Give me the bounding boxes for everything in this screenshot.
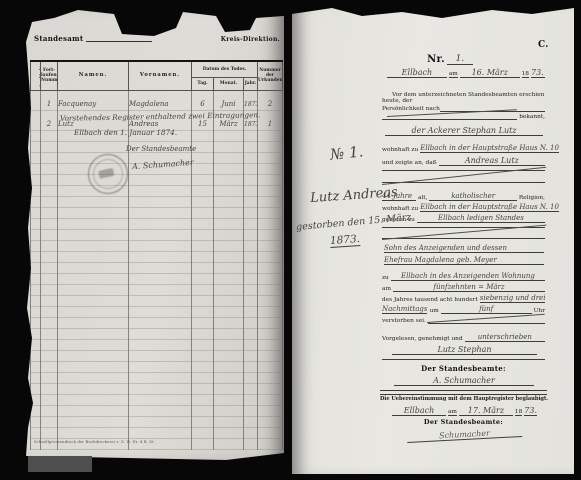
index-table-body: 1 Facquenay Magdalena 6 Juni 1873 2 2 Lu… [31,90,283,449]
table-row-empty [31,295,283,306]
table-row-empty [31,262,283,273]
declarant-residence-line: wohnhaft zu Ellbach in der Hauptstraße H… [382,144,545,153]
standesbeamte-label: Der Standesbeamte: [382,364,545,373]
certify-date-line: Ellbach am 17. März 18 73. [392,406,537,416]
deceased-residence: Ellbach in der Hauptstraße Haus N. 10 [420,203,559,212]
certificate-page: C. Nr. 1. Ellbach am 16. März 18 73. Vor… [292,6,574,474]
col-header-datum-group: Datum des Todes. [192,61,258,77]
entry-monat: März [219,120,237,128]
record-number-line: Nr. 1. [410,54,490,65]
bekannt-label: bekannt, [519,114,545,120]
printer-imprint: Schnellpressendruck der Buchdruckerei v.… [34,440,155,444]
entry-nr: 2 [47,120,51,128]
nr-value: 1. [447,54,473,65]
am-label: am [382,286,391,292]
table-row-empty [31,339,283,350]
closing-statement-line2: Ellbach den 1. Januar 1874. [74,128,177,137]
table-row-empty [31,240,283,251]
deceased-name: Andreas Lutz [439,156,545,166]
table-row-empty [31,372,283,383]
register-scan: Standesamt Kreis-Direktion. Geschlecht. … [0,0,581,480]
relation-line2: Ehefrau Magdalena geb. Meyer [384,256,544,265]
table-row-empty [31,416,283,427]
death-year-line: des Jahres tausend acht hundert siebenzi… [382,294,545,303]
double-rule [380,390,547,395]
col-header-monat: Monat. [214,77,244,90]
death-place-line: zu Ellbach in des Anzeigenden Wohnung [382,272,545,281]
wohnhaft-label: wohnhaft zu [382,206,418,212]
table-row-empty [31,383,283,394]
death-place: Ellbach in des Anzeigenden Wohnung [391,272,545,281]
col-header-jahr: Jahr. [244,77,258,90]
alt-label: alt, [418,195,427,201]
table-row-empty [31,350,283,361]
table-row-empty [31,185,283,196]
deceased-birthplace: Ellbach ledigen Standes [417,214,545,223]
verstorben-label: verstorben sei. [382,318,426,324]
table-row: 1 Facquenay Magdalena 6 Juni 1873 2 [31,90,283,110]
um-label: um [429,308,438,314]
death-hour: fünf [441,305,532,314]
table-row-empty [31,328,283,339]
index-page: Standesamt Kreis-Direktion. Geschlecht. … [26,8,284,460]
zeigte-label: und zeigte an, daß [382,160,437,166]
margin-record-no: № 1. [329,142,364,163]
entry-nr: 1 [47,100,51,108]
col-header-laufende-nummer: Fort- laufende Nummer. [41,61,58,90]
closing-standesbeamte: Der Standesbeamte [126,145,196,153]
zeigte-an-line: und zeigte an, daß Andreas Lutz [382,156,545,166]
death-day-line: am fünfzehnten = März [382,283,545,292]
table-row-empty [31,427,283,438]
approved-word: unterschrieben [465,333,545,342]
printed-18: 18 [522,71,529,78]
table-row-empty [31,196,283,207]
cert-place: Ellbach [392,406,446,416]
table-row-empty [31,174,283,185]
place-date-line: Ellbach am 16. März 18 73. [387,68,545,78]
blank-line [382,358,545,360]
declarant-residence: Ellbach in der Hauptstraße Haus N. 10 [420,144,559,153]
relation-text1: Sohn des Anzeigenden und dessen [384,244,544,253]
scan-artifact-tab [28,456,92,472]
certify-label: Die Uebereinstimmung mit dem Hauptregist… [380,396,547,402]
standesbeamte-label2: Der Standesbeamte: [382,418,545,426]
index-page-header: Standesamt Kreis-Direktion. [34,34,280,43]
vorgelesen-line: Vorgelesen, genehmigt und unterschrieben [382,333,545,342]
zu-label: zu [382,275,389,281]
official-signature-line2: Schumacher [407,430,522,440]
table-row-empty [31,229,283,240]
margin-death-note: gestorben den 15. März [296,212,412,233]
vorgelesen-label: Vorgelesen, genehmigt und [382,336,463,342]
declarant-signature-line: Lutz Stephan [392,345,537,355]
nr-label: Nr. [427,54,445,65]
margin-death-year: 1873. [330,233,361,248]
religion-label: Religion, [519,195,545,201]
table-row-empty [31,218,283,229]
table-row-empty [31,317,283,328]
entry-monat: Juni [221,100,235,108]
death-year: siebenzig und drei [480,294,546,303]
declarant-name: der Ackerer Stephan Lutz [385,126,543,136]
table-row-empty [31,306,283,317]
death-day: fünfzehnten = März [393,283,545,292]
kreis-label: Kreis-Direktion. [221,36,280,43]
table-row-empty [31,361,283,372]
index-table-head: Geschlecht. Fort- laufende Nummer. Namen… [31,61,283,90]
entry-jahr: 1873 [244,121,258,128]
entry-name: Facquenay [58,100,96,108]
official-signature: A. Schumacher [394,376,534,386]
death-hour-line: Nachmittags um fünf Uhr [382,305,545,314]
entry-tag: 15 [198,120,207,128]
relation-text2: Ehefrau Magdalena geb. Meyer [384,256,544,265]
table-row-empty [31,284,283,295]
standesamt-blank-line [86,41,152,42]
relation-line1: Sohn des Anzeigenden und dessen [384,244,544,253]
table-row-empty [31,394,283,405]
intro-line1: Vor dem unterzeichneten Standesbeamten e… [382,92,545,104]
head-date: 16. März [460,68,520,78]
entry-jahr: 1873 [244,101,258,108]
head-place: Ellbach [387,68,447,78]
am-label: am [449,71,458,78]
declarant-line: der Ackerer Stephan Lutz [385,126,543,136]
table-row-empty [31,405,283,416]
cert-date: 17. März [459,406,513,416]
cert-year: 73. [524,406,537,416]
col-header-namen: Namen. [58,61,129,90]
bekannt-line: bekannt, [382,112,545,120]
col-header-tag: Tag. [192,77,214,90]
deceased-religion: katholischer [429,192,516,201]
mittags-value: Nachmittags [382,305,427,314]
entry-urkunde: 2 [268,100,272,108]
entry-tag: 6 [200,100,204,108]
deceased-residence-line: wohnhaft zu Ellbach in der Hauptstraße H… [382,203,545,212]
table-row-empty [31,273,283,284]
form-letter: C. [538,40,549,50]
official-signature2: Schumacher [407,427,522,443]
jahr-printed-label: des Jahres tausend acht hundert [382,297,478,303]
entry-urkunde: 1 [268,120,272,128]
official-signature-line: A. Schumacher [394,376,534,386]
col-header-urkunden-nummer: Nummer der Urkunden. [258,61,283,90]
col-header-vornamen: Vornamen. [129,61,192,90]
am-label: am [448,409,457,416]
head-year: 73. [531,68,545,78]
table-row-empty [31,207,283,218]
col-header-geschlecht: Geschlecht. [31,61,41,90]
entry-vorname: Magdalena [129,100,169,108]
standesamt-label: Standesamt [34,34,83,43]
table-row-empty [31,251,283,262]
printed-18: 18 [515,409,522,416]
wohnhaft-label: wohnhaft zu [382,147,418,153]
intro-paragraph: Vor dem unterzeichneten Standesbeamten e… [382,92,545,112]
declarant-signature: Lutz Stephan [392,345,537,355]
